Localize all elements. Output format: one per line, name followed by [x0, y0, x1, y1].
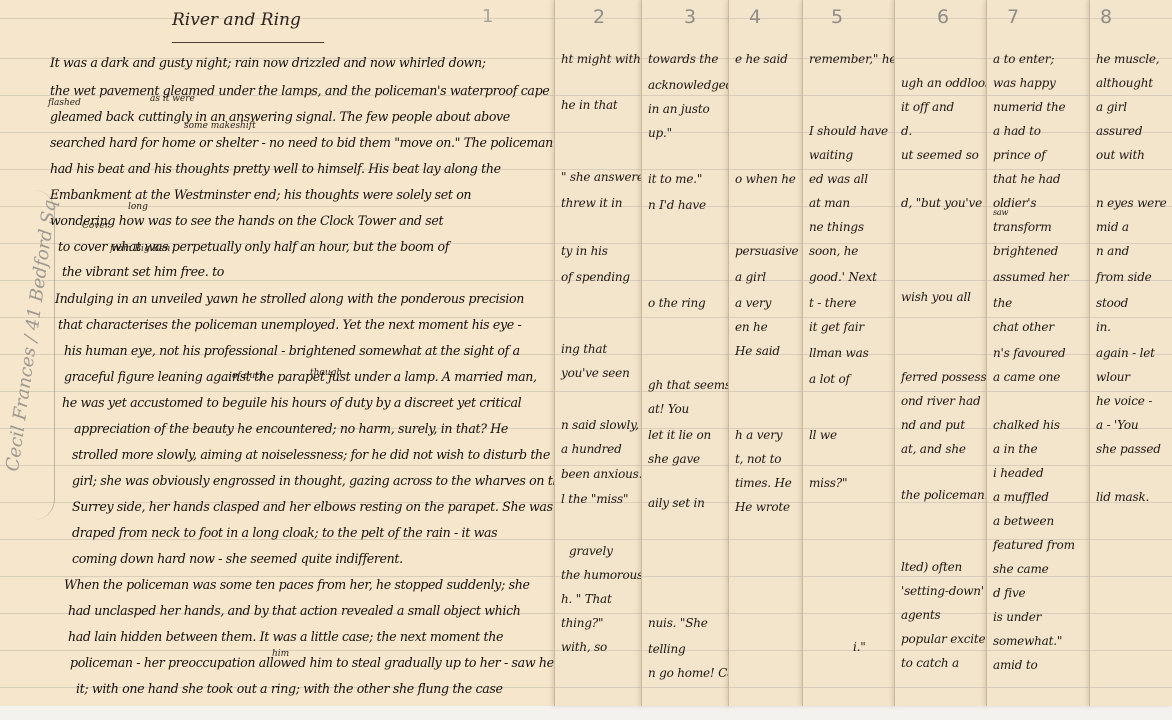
- page-fragment: soon, he: [809, 244, 858, 258]
- page-fragment: popular excitement: [901, 632, 990, 646]
- page-fragment: threw it in: [561, 196, 622, 210]
- page-fragment: again - let: [1096, 346, 1155, 360]
- manuscript-page-6: 6 ugh an oddlooking it off and d. ut see…: [895, 0, 990, 706]
- manuscript-line: had unclasped her hands, and by that act…: [68, 603, 521, 618]
- page-fragment: I should have: [809, 124, 888, 138]
- page-fragment: d, "but you've: [901, 196, 982, 210]
- manuscript-page-7: 7 a to enter; was happy numerid the a ha…: [987, 0, 1093, 706]
- page-fragment: n go home! Call time": [648, 666, 734, 680]
- page-fragment: ht might with: [561, 52, 641, 66]
- page-fragment: from side: [1096, 270, 1152, 284]
- page-number-5: 5: [831, 6, 843, 28]
- manuscript-line: When the policeman was some ten paces fr…: [64, 577, 530, 592]
- manuscript-line: the vibrant set him free. to: [62, 264, 224, 279]
- manuscript-line: it; with one hand she took out a ring; w…: [76, 681, 503, 696]
- page-fragment: chalked his: [993, 418, 1060, 432]
- page-fragment: ugh an oddlooking: [901, 76, 990, 90]
- manuscript-page-1: 1 River and Ring Cecil Frances / 41 Bedf…: [0, 0, 556, 706]
- page-number-8: 8: [1100, 6, 1112, 28]
- page-fragment: up.": [648, 126, 672, 140]
- page-fragment: a in the: [993, 442, 1037, 456]
- manuscript-line: he was yet accustomed to beguile his hou…: [62, 395, 521, 410]
- page-fragment: l the "miss": [561, 492, 628, 506]
- manuscript-page-8: 8 he muscle, althought a girl assured ou…: [1090, 0, 1172, 706]
- page-fragment: n and: [1096, 244, 1129, 258]
- page-fragment: with, so: [561, 640, 607, 654]
- page-fragment: ne things: [809, 220, 864, 234]
- manuscript-line: appreciation of the beauty he encountere…: [74, 421, 508, 436]
- page-fragment: it off and: [901, 100, 954, 114]
- manuscript-line: wondering how was to see the hands on th…: [50, 213, 443, 228]
- manuscript-line: draped from neck to foot in a long cloak…: [72, 525, 497, 540]
- page-fragment: telling: [648, 642, 685, 656]
- page-fragment: lted) often: [901, 560, 962, 574]
- page-fragment: n's favoured: [993, 346, 1065, 360]
- page-fragment: at, and she: [901, 442, 966, 456]
- manuscript-line: graceful figure leaning against the para…: [64, 369, 537, 384]
- page-fragment: she passed: [1096, 442, 1161, 456]
- page-fragment: in an justo: [648, 102, 710, 116]
- page-fragment: a - 'You: [1096, 418, 1138, 432]
- page-fragment: saw: [993, 208, 1008, 217]
- page-fragment: nd and put: [901, 418, 965, 432]
- page-fragment: he muscle,: [1096, 52, 1159, 66]
- manuscript-page-3: 3 towards the acknowledged in an justo u…: [642, 0, 734, 706]
- page-number-4: 4: [749, 6, 761, 28]
- page-fragment: h a very: [735, 428, 782, 442]
- manuscript-page-4: 4 e he said o when he persuasive a girl …: [729, 0, 805, 706]
- manuscript-line: into the river. Then she put the ring on…: [76, 704, 507, 706]
- page-fragment: mid a: [1096, 220, 1129, 234]
- page-fragment: ond river had: [901, 394, 980, 408]
- page-fragment: a came one: [993, 370, 1060, 384]
- page-fragment: somewhat.": [993, 634, 1062, 648]
- page-fragment: featured from: [993, 538, 1075, 552]
- page-fragment: agents: [901, 608, 940, 622]
- page-fragment: at man: [809, 196, 850, 210]
- title-underline: [172, 42, 324, 43]
- page-fragment: 'setting-down': [901, 584, 984, 598]
- page-fragment: wlour: [1096, 370, 1130, 384]
- page-fragment: he in that: [561, 98, 618, 112]
- page-fragment: He wrote: [735, 500, 790, 514]
- page-fragment: ed was all: [809, 172, 868, 186]
- page-fragment: o when he: [735, 172, 796, 186]
- page-fragment: n eyes were: [1096, 196, 1167, 210]
- page-fragment: gravely: [569, 544, 613, 558]
- page-fragment: you've seen: [561, 366, 630, 380]
- page-fragment: brightened: [993, 244, 1058, 258]
- manuscript-line: the wet pavement gleamed under the lamps…: [50, 83, 549, 98]
- insertion-flashed: flashed: [48, 98, 81, 108]
- manuscript-line: to cover what was perpetually only half …: [58, 239, 449, 254]
- page-fragment: en he: [735, 320, 767, 334]
- page-fragment: a had to: [993, 124, 1041, 138]
- page-fragment: chat other: [993, 320, 1054, 334]
- page-fragment: been anxious.": [561, 467, 645, 481]
- page-fragment: she came: [993, 562, 1049, 576]
- page-fragment: at! You: [648, 402, 689, 416]
- manuscript-page-5: 5 remember," he I should have waiting ed…: [803, 0, 898, 706]
- page-fragment: times. He: [735, 476, 792, 490]
- page-fragment: acknowledged: [648, 78, 733, 92]
- page-fragment: a hundred: [561, 442, 622, 456]
- page-fragment: the policeman.: [901, 488, 988, 502]
- page-fragment: was happy: [993, 76, 1056, 90]
- manuscript-line: strolled more slowly, aiming at noiseles…: [72, 447, 550, 462]
- insertion-long: long: [128, 202, 148, 212]
- page-fragment: h. " That: [561, 592, 612, 606]
- page-fragment: amid to: [993, 658, 1038, 672]
- page-fragment: a girl: [1096, 100, 1127, 114]
- page-fragment: lid mask.: [1096, 490, 1149, 504]
- page-fragment: " she answered: [561, 170, 645, 184]
- page-fragment: althought: [1096, 76, 1153, 90]
- manuscript-line: Embankment at the Westminster end; his t…: [50, 187, 471, 202]
- page-fragment: let it lie on: [648, 428, 711, 442]
- page-fragment: e he said: [735, 52, 788, 66]
- manuscript-line: Surrey side, her hands clasped and her e…: [72, 499, 553, 514]
- page-fragment: waiting: [809, 148, 853, 162]
- page-number-2: 2: [593, 6, 605, 28]
- page-number-1: 1: [482, 6, 493, 27]
- manuscript-line: had his beat and his thoughts pretty wel…: [50, 161, 501, 176]
- page-fragment: assured: [1096, 124, 1142, 138]
- page-fragment: a lot of: [809, 372, 850, 386]
- page-fragment: in.: [1096, 320, 1111, 334]
- page-fragment: ty in his: [561, 244, 608, 258]
- page-fragment: aily set in: [648, 496, 705, 510]
- page-fragment: n I'd have: [648, 198, 706, 212]
- page-fragment: n said slowly,: [561, 418, 639, 432]
- manuscript-line: gleamed back cuttingly in an answering s…: [50, 109, 510, 124]
- page-fragment: ing that: [561, 342, 607, 356]
- page-fragment: stood: [1096, 296, 1128, 310]
- page-fragment: ut seemed so: [901, 148, 979, 162]
- manuscript-line: that characterises the policeman unemplo…: [58, 317, 521, 332]
- page-fragment: to catch a: [901, 656, 959, 670]
- page-number-7: 7: [1007, 6, 1019, 28]
- manuscript-line: policeman - her preoccupation allowed hi…: [70, 655, 556, 670]
- manuscript-line: Indulging in an unveiled yawn he strolle…: [55, 291, 524, 306]
- manuscript-page-2: 2 ht might with he in that " she answere…: [555, 0, 645, 706]
- manuscript-line: searched hard for home or shelter - no n…: [50, 135, 553, 150]
- page-fragment: t - there: [809, 296, 856, 310]
- manuscript-line: his human eye, not his professional - br…: [64, 343, 520, 358]
- page-fragment: a muffled: [993, 490, 1049, 504]
- page-fragment: transform: [993, 220, 1052, 234]
- page-fragment: the humorous: [561, 568, 643, 582]
- page-fragment: that he had: [993, 172, 1060, 186]
- page-fragment: he voice -: [1096, 394, 1152, 408]
- page-fragment: good.' Next: [809, 270, 877, 284]
- page-fragment: ferred possession:: [901, 370, 990, 384]
- page-fragment: it get fair: [809, 320, 864, 334]
- page-fragment: of spending: [561, 270, 630, 284]
- page-fragment: assumed her: [993, 270, 1069, 284]
- page-fragment: prince of: [993, 148, 1046, 162]
- page-fragment: is under: [993, 610, 1041, 624]
- page-fragment: i headed: [993, 466, 1044, 480]
- page-fragment: a girl: [735, 270, 766, 284]
- manuscript-line: coming down hard now - she seemed quite …: [72, 551, 403, 566]
- page-fragment: o the ring: [648, 296, 706, 310]
- page-fragment: persuasive: [735, 244, 798, 258]
- manuscript-line: It was a dark and gusty night; rain now …: [50, 55, 486, 70]
- page-fragment: remember," he: [809, 52, 896, 66]
- page-fragment: He said: [735, 344, 780, 358]
- page-fragment: llman was: [809, 346, 869, 360]
- page-fragment: thing?": [561, 616, 603, 630]
- page-fragment: a between: [993, 514, 1054, 528]
- page-fragment: numerid the: [993, 100, 1065, 114]
- page-fragment: miss?": [809, 476, 847, 490]
- page-fragment: i.": [853, 640, 866, 654]
- page-fragment: d.: [901, 124, 912, 138]
- page-fragment: a very: [735, 296, 771, 310]
- manuscript-line: had lain hidden between them. It was a l…: [68, 629, 503, 644]
- page-fragment: out with: [1096, 148, 1145, 162]
- page-number-6: 6: [937, 6, 949, 28]
- page-fragment: d five: [993, 586, 1025, 600]
- page-fragment: it to me.": [648, 172, 702, 186]
- page-fragment: she gave: [648, 452, 700, 466]
- page-fragment: the: [993, 296, 1012, 310]
- page-fragment: ll we: [809, 428, 837, 442]
- page-fragment: towards the: [648, 52, 718, 66]
- manuscript-title: River and Ring: [172, 10, 301, 30]
- page-number-3: 3: [684, 6, 696, 28]
- page-fragment: wish you all: [901, 290, 971, 304]
- manuscript-pages: 1 River and Ring Cecil Frances / 41 Bedf…: [0, 0, 1172, 712]
- manuscript-line: girl; she was obviously engrossed in tho…: [72, 473, 556, 488]
- page-fragment: a to enter;: [993, 52, 1054, 66]
- page-fragment: t, not to: [735, 452, 781, 466]
- page-fragment: nuis. "She: [648, 616, 708, 630]
- page-fragment: gh that seems: [648, 378, 731, 392]
